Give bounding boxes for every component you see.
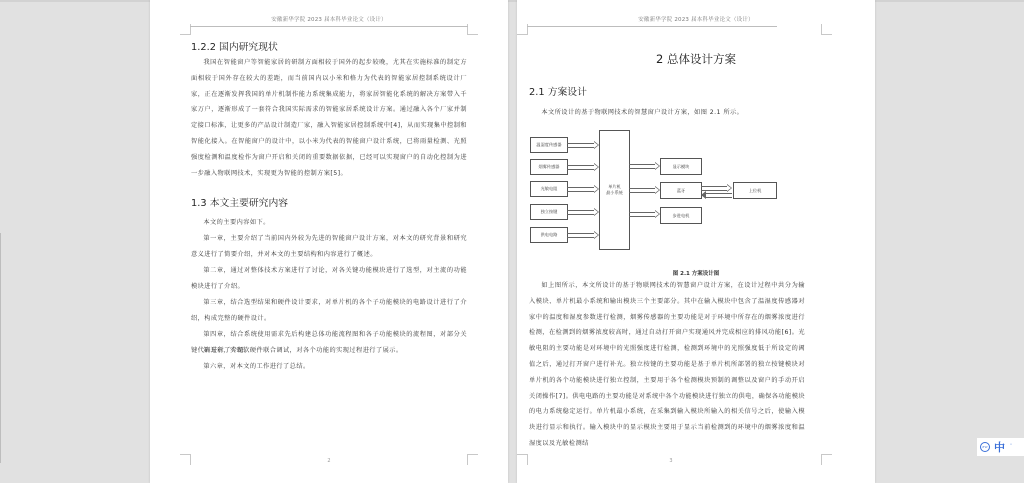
section-heading-1-2-2: 1.2.2 国内研究现状 [191,39,278,53]
ime-language-toggle[interactable]: 中 [994,439,1005,455]
figure-caption: 图 2.1 方案设计图 [517,269,875,277]
arrow-right-icon [629,188,655,193]
ime-logo-icon[interactable]: iFLY [980,442,990,452]
paragraph-intro: 本文的主要内容如下。 [191,215,467,231]
figure-intro: 本文所设计的基于物联网技术的智慧窗户设计方案，如图 2.1 所示。 [529,105,805,121]
block-stepper-motor: 步进电机 [660,207,702,224]
block-smoke-sensor: 烟雾传感器 [530,159,568,175]
block-diagram: 温湿度传感器 烟雾传感器 光敏电阻 独立按键 供电电路 单片机 最小系统 显示模… [529,130,784,255]
ime-toolbar[interactable]: iFLY 中 ˙ [977,438,1024,456]
header-rule [190,26,468,27]
paragraph-chapter-3: 第三章，结合选型结果和硬件设计要求，对单片机的各个子功能模块的电路设计进行了介绍… [191,295,467,327]
page-number: 3 [467,458,875,464]
block-host-computer: 上位机 [733,182,777,199]
paragraph-chapter-1: 第一章，主要介绍了当前国内外较为先进的智能窗户设计方案，对本文的研究背景和研究意… [191,231,467,263]
margin-corner-mark [821,24,832,35]
arrow-right-icon [567,187,594,192]
block-display-module: 显示模块 [660,158,702,175]
arrow-right-icon [629,164,655,169]
mcu-label-line-2: 最小系统 [606,190,623,196]
page-header-text: 安徽新华学院 2023 届本科毕业论文（设计） [517,15,875,23]
ime-punctuation-toggle[interactable]: ˙ [1009,443,1013,452]
arrow-right-icon [629,212,655,217]
document-page-3: 安徽新华学院 2023 届本科毕业论文（设计） 2 总体设计方案 2.1 方案设… [517,0,875,483]
header-rule [527,26,777,27]
section-heading-1-3: 1.3 本文主要研究内容 [191,195,288,209]
arrow-right-icon [567,165,594,170]
page-header-text: 安徽新华学院 2023 届本科毕业论文（设计） [150,15,508,23]
paragraph-scheme-description: 如上图所示，本文所设计的基于物联网技术的智慧窗户设计方案，在设计过程中共分为输入… [529,278,805,452]
paragraph-chapter-6: 第六章，对本文的工作进行了总结。 [191,359,467,375]
paragraph-chapter-5: 第五章，实现软硬件联合调试，对各个功能的实现过程进行了展示。 [191,343,467,359]
block-mcu-minimum-system: 单片机 最小系统 [599,130,630,250]
section-heading-2-1: 2.1 方案设计 [529,84,587,98]
left-edge-marker [0,233,1,463]
paragraph-chapter-2: 第二章，通过对整体技术方案进行了讨论，对各关键功能模块进行了选型，对主流的功能模… [191,263,467,295]
page-number: 2 [150,458,508,464]
arrow-right-icon [567,210,594,215]
arrow-right-icon [567,233,594,238]
chapter-title: 2 总体设计方案 [517,51,875,67]
block-bluetooth: 蓝牙 [660,182,702,199]
block-independent-buttons: 独立按键 [530,204,568,220]
block-temp-humidity-sensor: 温湿度传感器 [530,137,568,153]
block-photoresistor: 光敏电阻 [530,181,568,197]
margin-corner-mark [467,24,478,35]
arrow-right-icon [567,143,594,148]
paragraph-domestic-research: 我国在智能窗户等智能家居的研制方面相较于国外的起步较晚，尤其在实施标准的制定方面… [191,55,467,181]
document-page-2: 安徽新华学院 2023 届本科毕业论文（设计） 1.2.2 国内研究现状 我国在… [150,0,508,483]
block-power-circuit: 供电电路 [530,227,568,243]
arrow-left-icon [706,193,732,198]
